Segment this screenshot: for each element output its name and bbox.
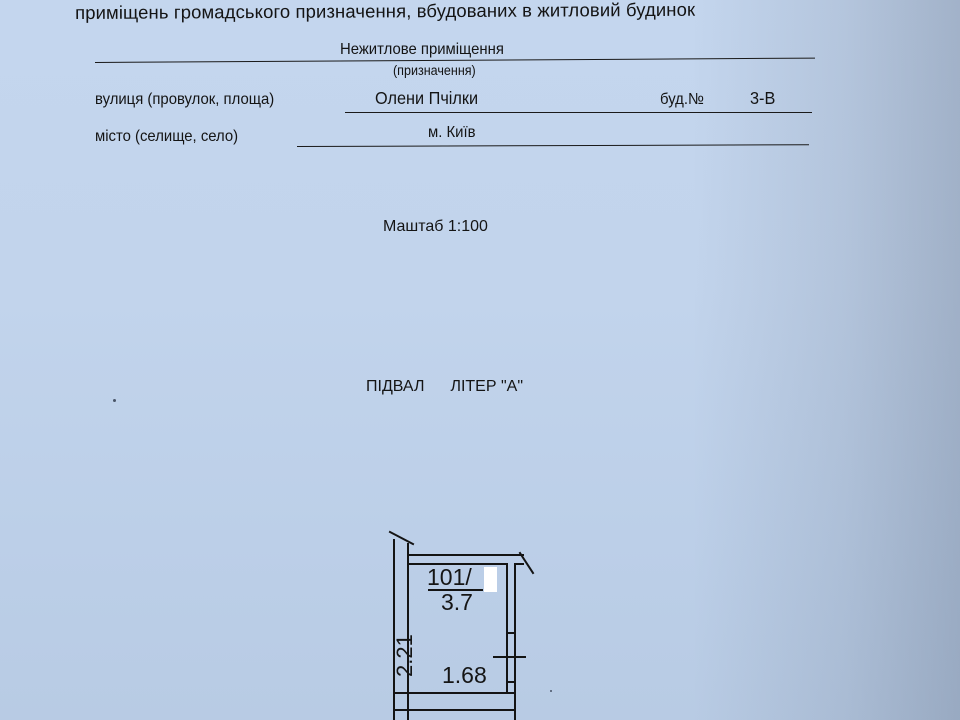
- dimension-vertical: 2.21: [392, 634, 418, 677]
- city-value: м. Київ: [428, 124, 476, 142]
- floor-level: ПІДВАЛ: [366, 378, 424, 395]
- purpose-value: Нежитлове приміщення: [340, 41, 504, 59]
- city-underline: [297, 144, 809, 147]
- building-underline: [727, 112, 812, 113]
- purpose-caption: (призначення): [393, 63, 476, 78]
- room-area: 3.7: [441, 589, 473, 616]
- paper-speck: [113, 399, 116, 402]
- document-heading: приміщень громадського призначення, вбуд…: [75, 0, 695, 24]
- city-label: місто (селище, село): [95, 128, 238, 146]
- room-number: 101/: [427, 564, 472, 591]
- building-value: 3-В: [750, 88, 775, 109]
- floor-title: ПІДВАЛЛІТЕР "А": [366, 378, 523, 396]
- floor-plan: 101/ 3.7 2.21 1.68: [380, 520, 560, 720]
- redaction-patch: [484, 567, 497, 592]
- document-page: приміщень громадського призначення, вбуд…: [0, 0, 960, 720]
- floor-letter: ЛІТЕР "А": [450, 378, 523, 395]
- building-label: буд.№: [660, 91, 704, 109]
- dimension-horizontal: 1.68: [442, 662, 487, 689]
- floor-plan-drawing: [380, 520, 560, 720]
- street-underline: [345, 112, 747, 113]
- scale-label: Маштаб 1:100: [383, 218, 488, 236]
- street-value: Олени Пчілки: [375, 88, 478, 109]
- street-label: вулиця (провулок, площа): [95, 91, 274, 109]
